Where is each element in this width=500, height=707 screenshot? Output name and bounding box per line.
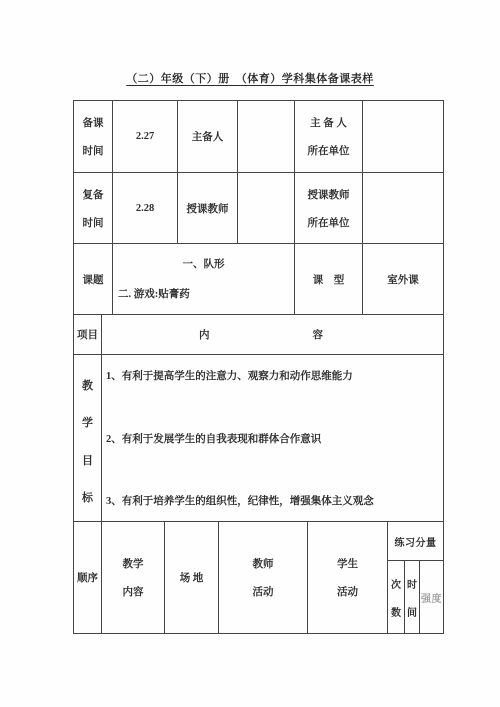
lead-person-label-cell: 主备人 xyxy=(178,101,238,172)
lesson-plan-table: 备课 时间 2.27 主备人 主 备 人 所在单位 复备 时间 2.28 授课教… xyxy=(73,100,444,634)
teaching-content-line2: 内容 xyxy=(123,584,144,599)
teaching-content-header-cell: 教学 内容 xyxy=(102,522,165,633)
review-time-label-line2: 时间 xyxy=(83,215,104,230)
prep-time-row: 备课 时间 2.27 主备人 主 备 人 所在单位 xyxy=(74,101,443,173)
time-header-cell: 时 间 xyxy=(405,561,420,633)
time-label-char2: 间 xyxy=(407,604,417,619)
review-time-label-cell: 复备 时间 xyxy=(74,173,113,243)
item-label-cell: 项目 xyxy=(74,315,102,354)
goal-item-3: 3、有利于培养学生的组织性，纪律性，增强集体主义观念 xyxy=(106,493,439,508)
student-activity-line2: 活动 xyxy=(337,584,358,599)
order-header-label: 顺序 xyxy=(77,570,98,585)
class-type-label: 课 型 xyxy=(313,272,345,287)
teaching-goals-content-cell: 1、有利于提高学生的注意力、观察力和动作思维能力 2、有利于发展学生的自我表现和… xyxy=(102,355,443,521)
page-title-text: （二）年级（下）册 （体育）学科集体备课表样 xyxy=(126,73,374,85)
prep-date-value: 2.27 xyxy=(136,131,154,142)
topic-label-cell: 课题 xyxy=(74,244,113,314)
teacher-activity-header-cell: 教师 活动 xyxy=(219,522,308,633)
time-label-char1: 时 xyxy=(407,576,417,591)
times-header-cell: 次 数 xyxy=(388,561,405,633)
topic-content-line1: 一、队形 xyxy=(113,256,294,271)
venue-header-cell: 场 地 xyxy=(165,522,219,633)
review-time-row: 复备 时间 2.28 授课教师 授课教师 所在单位 xyxy=(74,173,443,244)
page-title: （二）年级（下）册 （体育）学科集体备课表样 xyxy=(0,70,500,86)
venue-header-label: 场 地 xyxy=(180,570,204,585)
times-label-char1: 次 xyxy=(391,576,401,591)
instructor-value-cell xyxy=(238,173,295,243)
student-activity-line1: 学生 xyxy=(337,556,358,571)
prep-time-label-line1: 备课 xyxy=(83,115,104,130)
review-date-value: 2.28 xyxy=(136,203,154,214)
instructor-unit-value-cell xyxy=(363,173,443,243)
intensity-label: 强度 xyxy=(421,590,442,605)
lead-person-label: 主备人 xyxy=(192,129,224,144)
content-header-char1: 内 xyxy=(199,327,210,342)
review-date-cell: 2.28 xyxy=(113,173,178,243)
item-header-row: 项目 内 容 xyxy=(74,315,443,355)
teaching-goals-row: 教 学 目 标 1、有利于提高学生的注意力、观察力和动作思维能力 2、有利于发展… xyxy=(74,355,443,522)
lead-person-unit-label-cell: 主 备 人 所在单位 xyxy=(295,101,363,172)
lead-unit-label-line1: 主 备 人 xyxy=(310,115,347,130)
goals-label-char-3: 目 xyxy=(82,452,93,468)
prep-time-label-cell: 备课 时间 xyxy=(74,101,113,172)
lead-unit-label-line2: 所在单位 xyxy=(308,143,350,158)
instructor-label: 授课教师 xyxy=(187,201,229,216)
instructor-unit-label-line1: 授课教师 xyxy=(308,187,350,202)
class-type-label-cell: 课 型 xyxy=(295,244,363,314)
sequence-header-row: 顺序 教学 内容 场 地 教师 活动 学生 活动 练习分量 次 数 xyxy=(74,522,443,633)
class-type-value-cell: 室外课 xyxy=(363,244,443,314)
goal-item-1: 1、有利于提高学生的注意力、观察力和动作思维能力 xyxy=(106,368,439,383)
class-type-value: 室外课 xyxy=(387,272,419,287)
instructor-unit-label-line2: 所在单位 xyxy=(308,215,350,230)
student-activity-header-cell: 学生 活动 xyxy=(308,522,388,633)
goals-label-char-1: 教 xyxy=(82,377,93,393)
topic-row: 课题 一、队形 二. 游戏:贴膏药 课 型 室外课 xyxy=(74,244,443,315)
instructor-label-cell: 授课教师 xyxy=(178,173,238,243)
order-header-cell: 顺序 xyxy=(74,522,102,633)
exercise-amount-header: 练习分量 xyxy=(388,522,443,561)
lead-person-unit-value-cell xyxy=(363,101,443,172)
exercise-amount-subcolumns: 次 数 时 间 强度 xyxy=(388,561,443,633)
instructor-unit-label-cell: 授课教师 所在单位 xyxy=(295,173,363,243)
review-time-label-line1: 复备 xyxy=(83,187,104,202)
teaching-goals-label-cell: 教 学 目 标 xyxy=(74,355,102,521)
content-header-char2: 容 xyxy=(313,327,324,342)
topic-content-line2: 二. 游戏:贴膏药 xyxy=(113,286,294,301)
goals-label-char-4: 标 xyxy=(82,489,93,505)
item-label: 项目 xyxy=(77,327,98,342)
prep-time-label-line2: 时间 xyxy=(83,143,104,158)
item-content-header-cell: 内 容 xyxy=(102,315,443,354)
teacher-activity-line2: 活动 xyxy=(253,584,274,599)
topic-content-cell: 一、队形 二. 游戏:贴膏药 xyxy=(113,244,295,314)
exercise-amount-group-cell: 练习分量 次 数 时 间 强度 xyxy=(388,522,443,633)
exercise-amount-label: 练习分量 xyxy=(395,534,437,549)
lead-person-value-cell xyxy=(238,101,295,172)
topic-label: 课题 xyxy=(83,272,104,287)
prep-date-cell: 2.27 xyxy=(113,101,178,172)
times-label-char2: 数 xyxy=(391,604,401,619)
goals-label-char-2: 学 xyxy=(82,414,93,430)
goal-item-2: 2、有利于发展学生的自我表现和群体合作意识 xyxy=(106,431,439,446)
intensity-header-cell: 强度 xyxy=(420,561,443,633)
teaching-content-line1: 教学 xyxy=(123,556,144,571)
teacher-activity-line1: 教师 xyxy=(253,556,274,571)
